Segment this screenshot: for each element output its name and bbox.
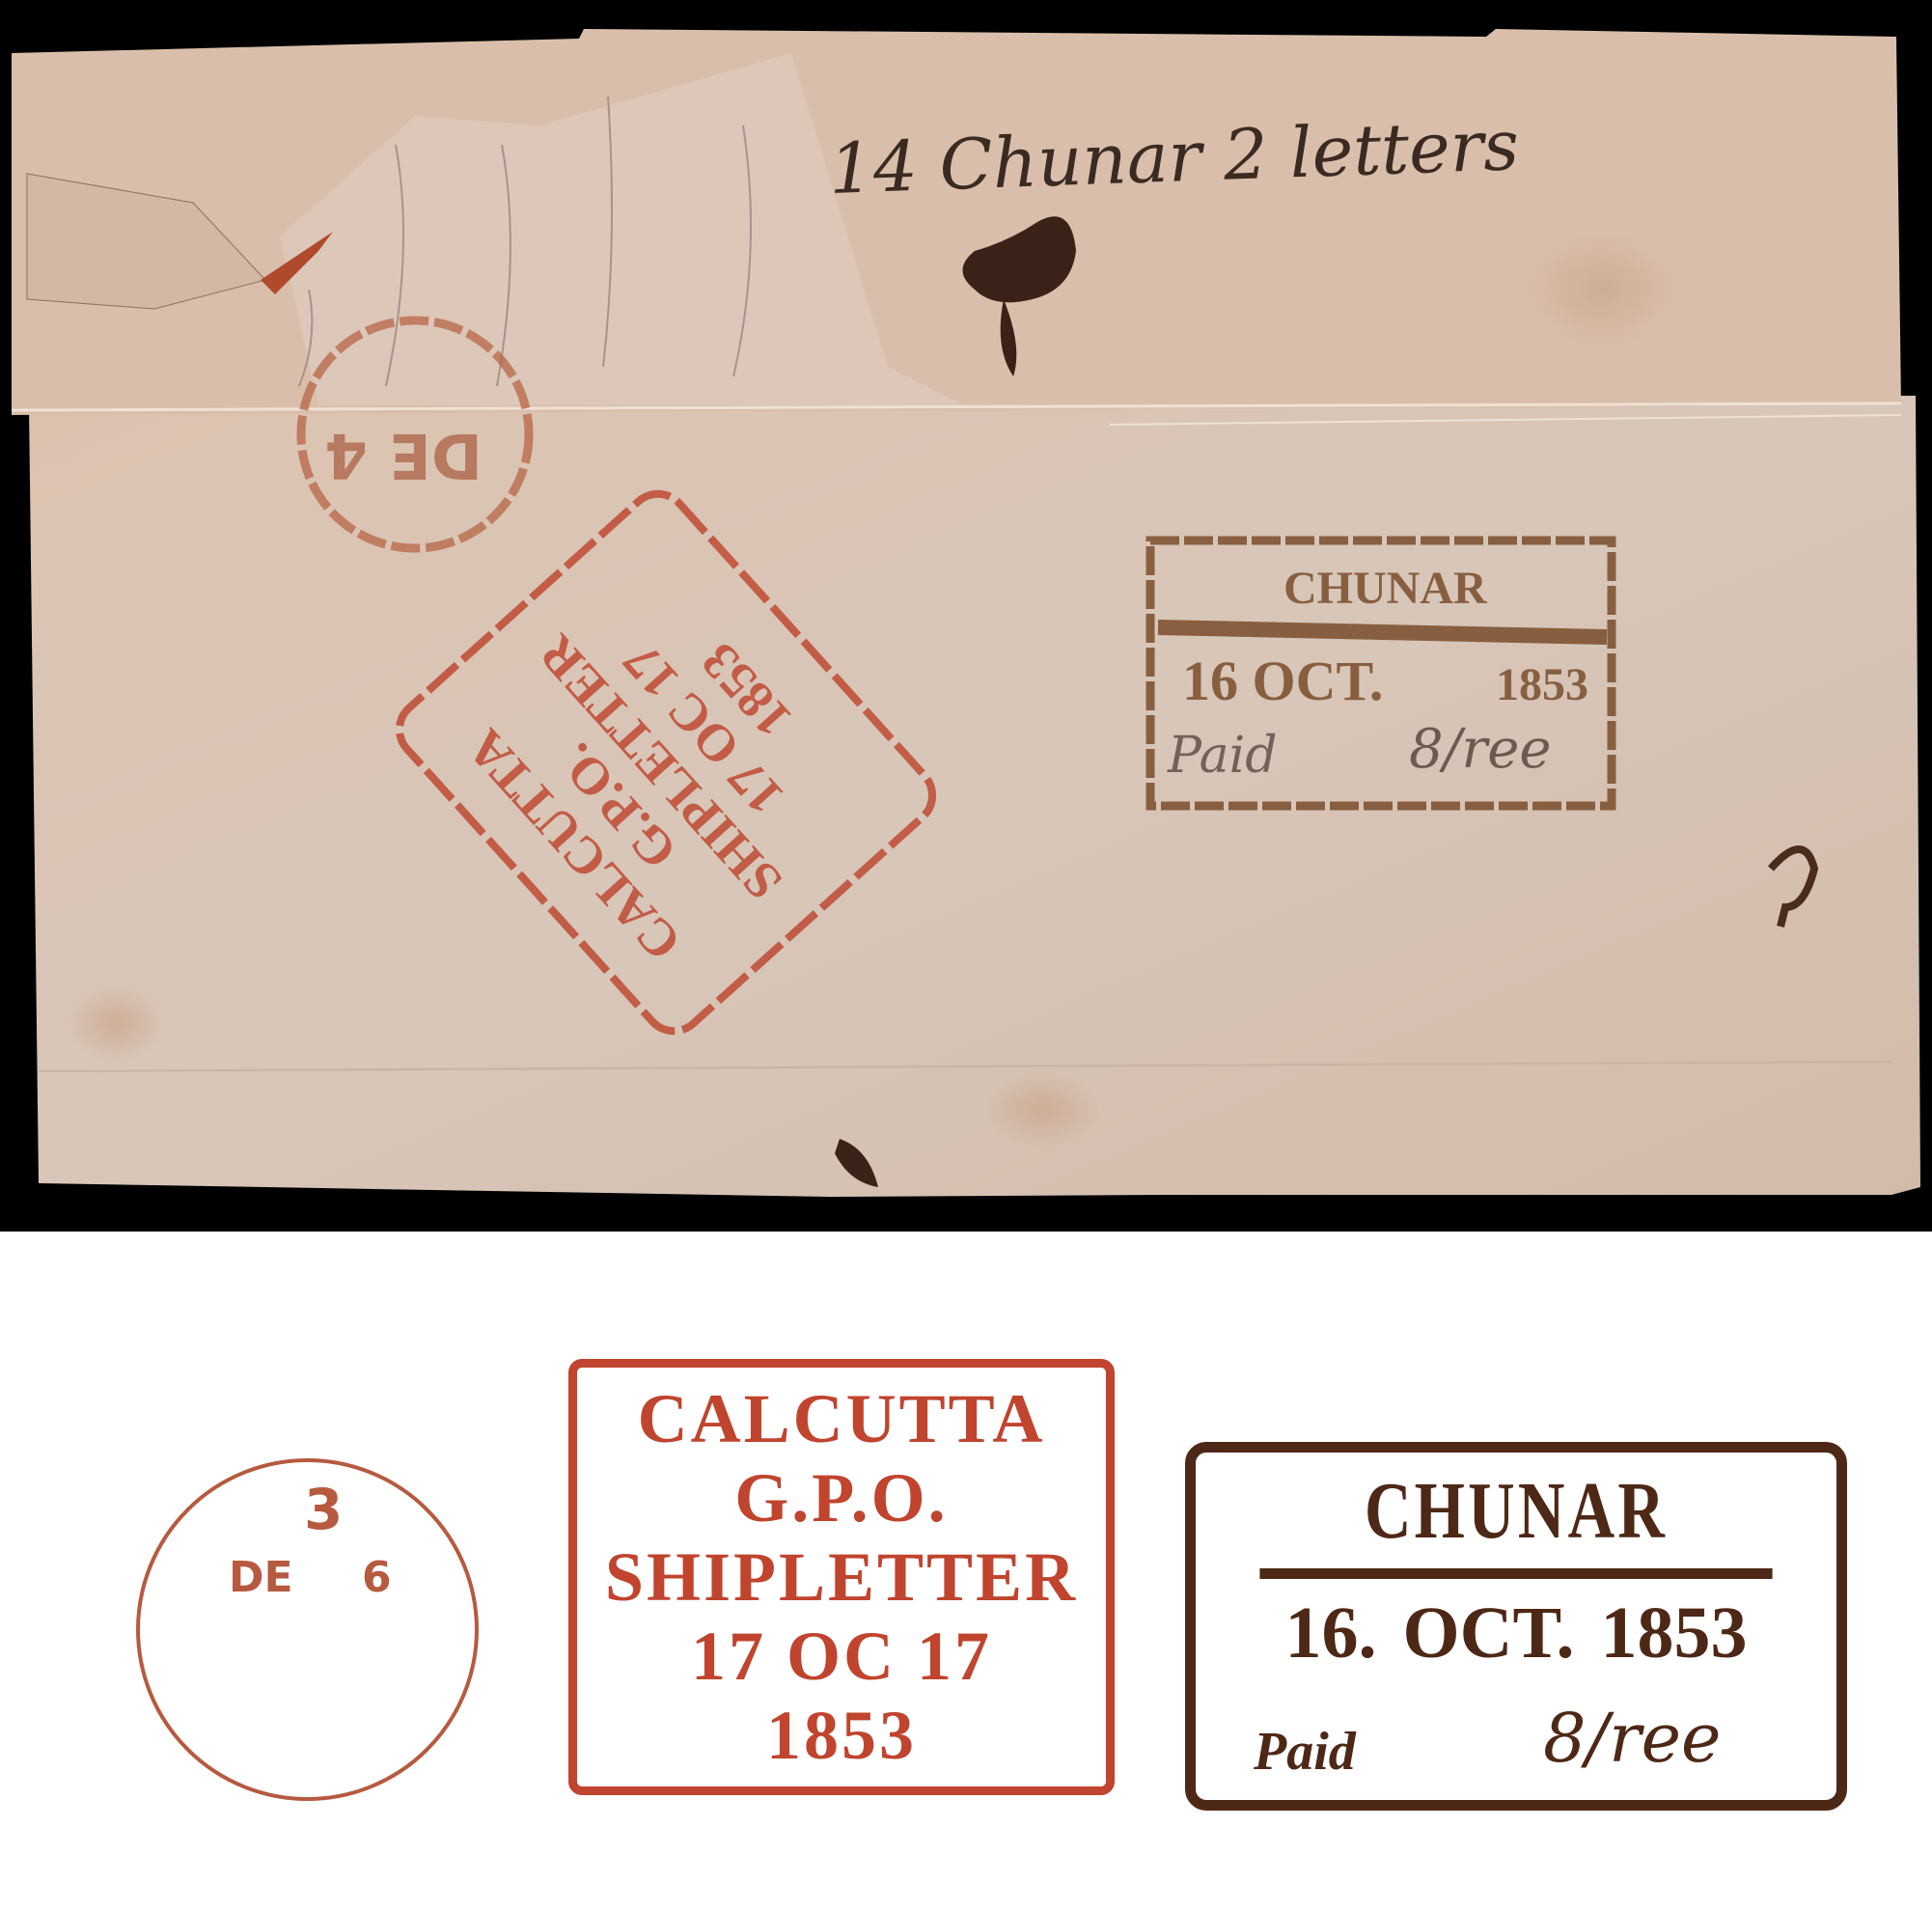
chunar-rate: 8/ree [1543, 1699, 1721, 1778]
chunar-date: 16. OCT. 1853 [1196, 1596, 1836, 1670]
letter-photograph: 14 Chunar 2 letters DE 4 CALCUTTA G.P.O.… [0, 0, 1932, 1232]
calcutta-line-3: SHIPLETTER [577, 1537, 1106, 1617]
calcutta-line-2: G.P.O. [577, 1458, 1106, 1537]
chunar-paid: Paid [1254, 1721, 1356, 1783]
circle-stamp-transcription: 3 DE 6 [136, 1458, 479, 1801]
calcutta-line-4: 17 OC 17 [577, 1617, 1106, 1696]
svg-text:DE 4: DE 4 [324, 419, 483, 490]
svg-text:1853: 1853 [1496, 659, 1588, 710]
svg-text:16 OCT.: 16 OCT. [1182, 650, 1383, 712]
letter-cover-image: 14 Chunar 2 letters DE 4 CALCUTTA G.P.O.… [0, 0, 1932, 1232]
circle-stamp-hour: 6 [362, 1557, 392, 1599]
calcutta-line-5: 1853 [577, 1696, 1106, 1775]
chunar-town: CHUNAR [1259, 1453, 1772, 1579]
svg-text:Paid: Paid [1167, 727, 1278, 785]
calcutta-stamp-transcription: CALCUTTA G.P.O. SHIPLETTER 17 OC 17 1853 [568, 1359, 1115, 1795]
calcutta-line-1: CALCUTTA [577, 1379, 1106, 1458]
chunar-stamp-transcription: CHUNAR 16. OCT. 1853 Paid 8/ree [1185, 1442, 1847, 1811]
svg-text:8/ree: 8/ree [1409, 718, 1552, 781]
svg-text:CHUNAR: CHUNAR [1283, 563, 1488, 614]
circle-stamp-day: 3 [304, 1481, 343, 1537]
circle-stamp-month: DE [229, 1557, 293, 1599]
